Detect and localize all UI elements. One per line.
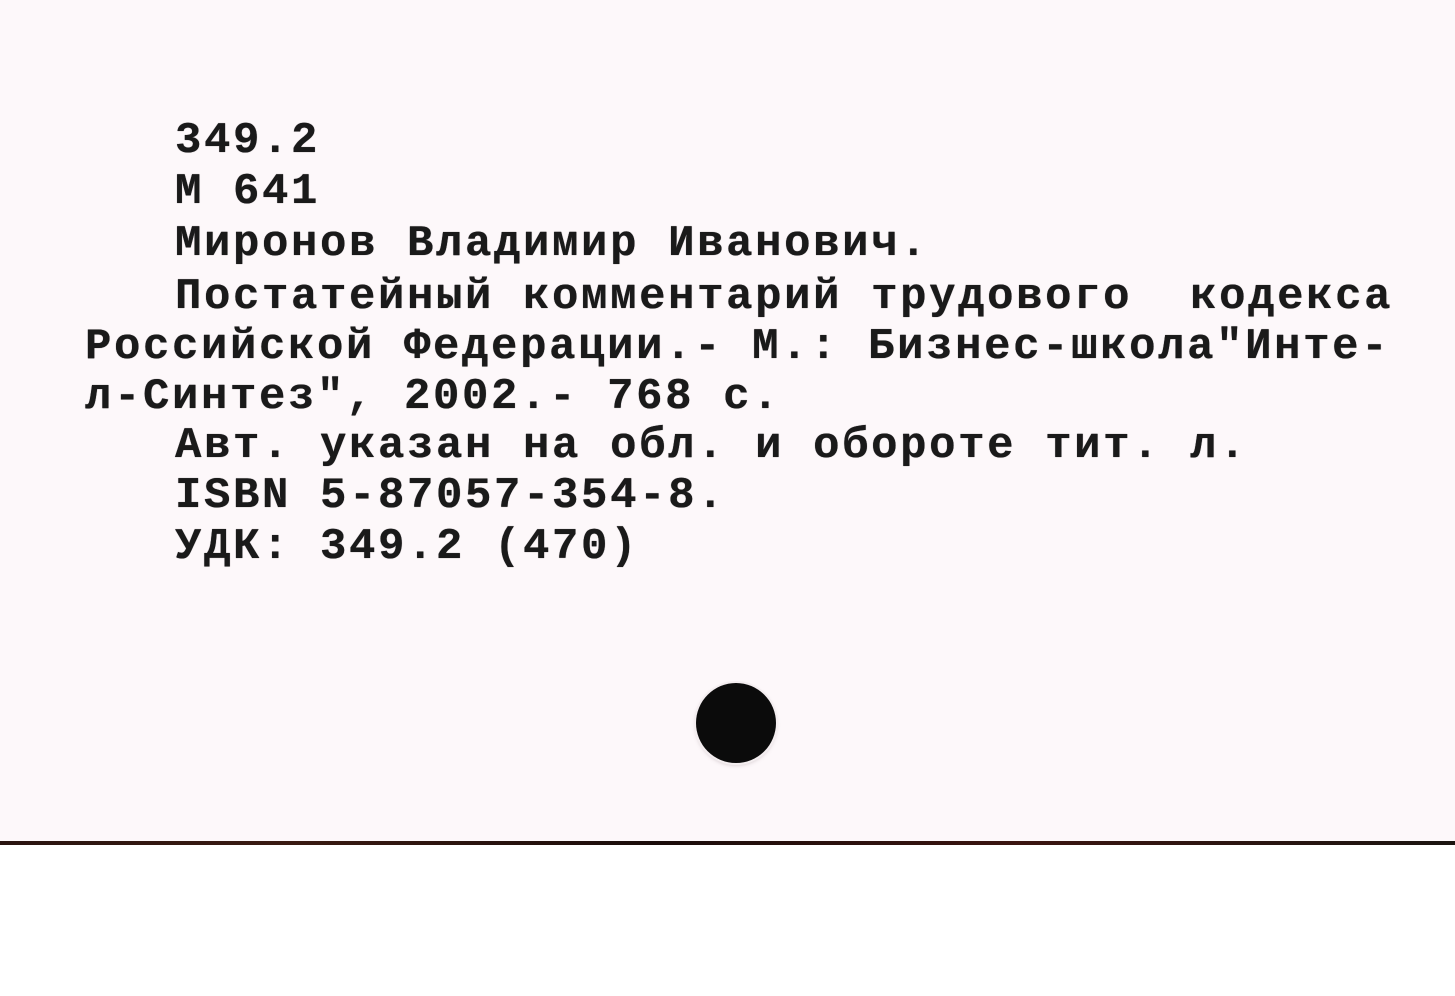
author-name: Миронов Владимир Иванович.	[175, 222, 929, 266]
catalog-card: 349.2 М 641 Миронов Владимир Иванович. П…	[0, 0, 1455, 842]
author-note: Авт. указан на обл. и обороте тит. л.	[175, 424, 1248, 468]
title-line-1: Постатейный комментарий трудового кодекс…	[175, 275, 1393, 319]
udk: УДК: 349.2 (470)	[175, 525, 639, 569]
author-mark: М 641	[175, 170, 320, 214]
isbn: ISBN 5-87057-354-8.	[175, 474, 726, 518]
classification-number: 349.2	[175, 119, 320, 163]
scan-background	[0, 845, 1455, 996]
title-line-3: л-Синтез", 2002.- 768 с.	[85, 375, 781, 419]
title-line-2: Российской Федерации.- М.: Бизнес-школа"…	[85, 325, 1390, 369]
punch-hole	[696, 683, 776, 763]
